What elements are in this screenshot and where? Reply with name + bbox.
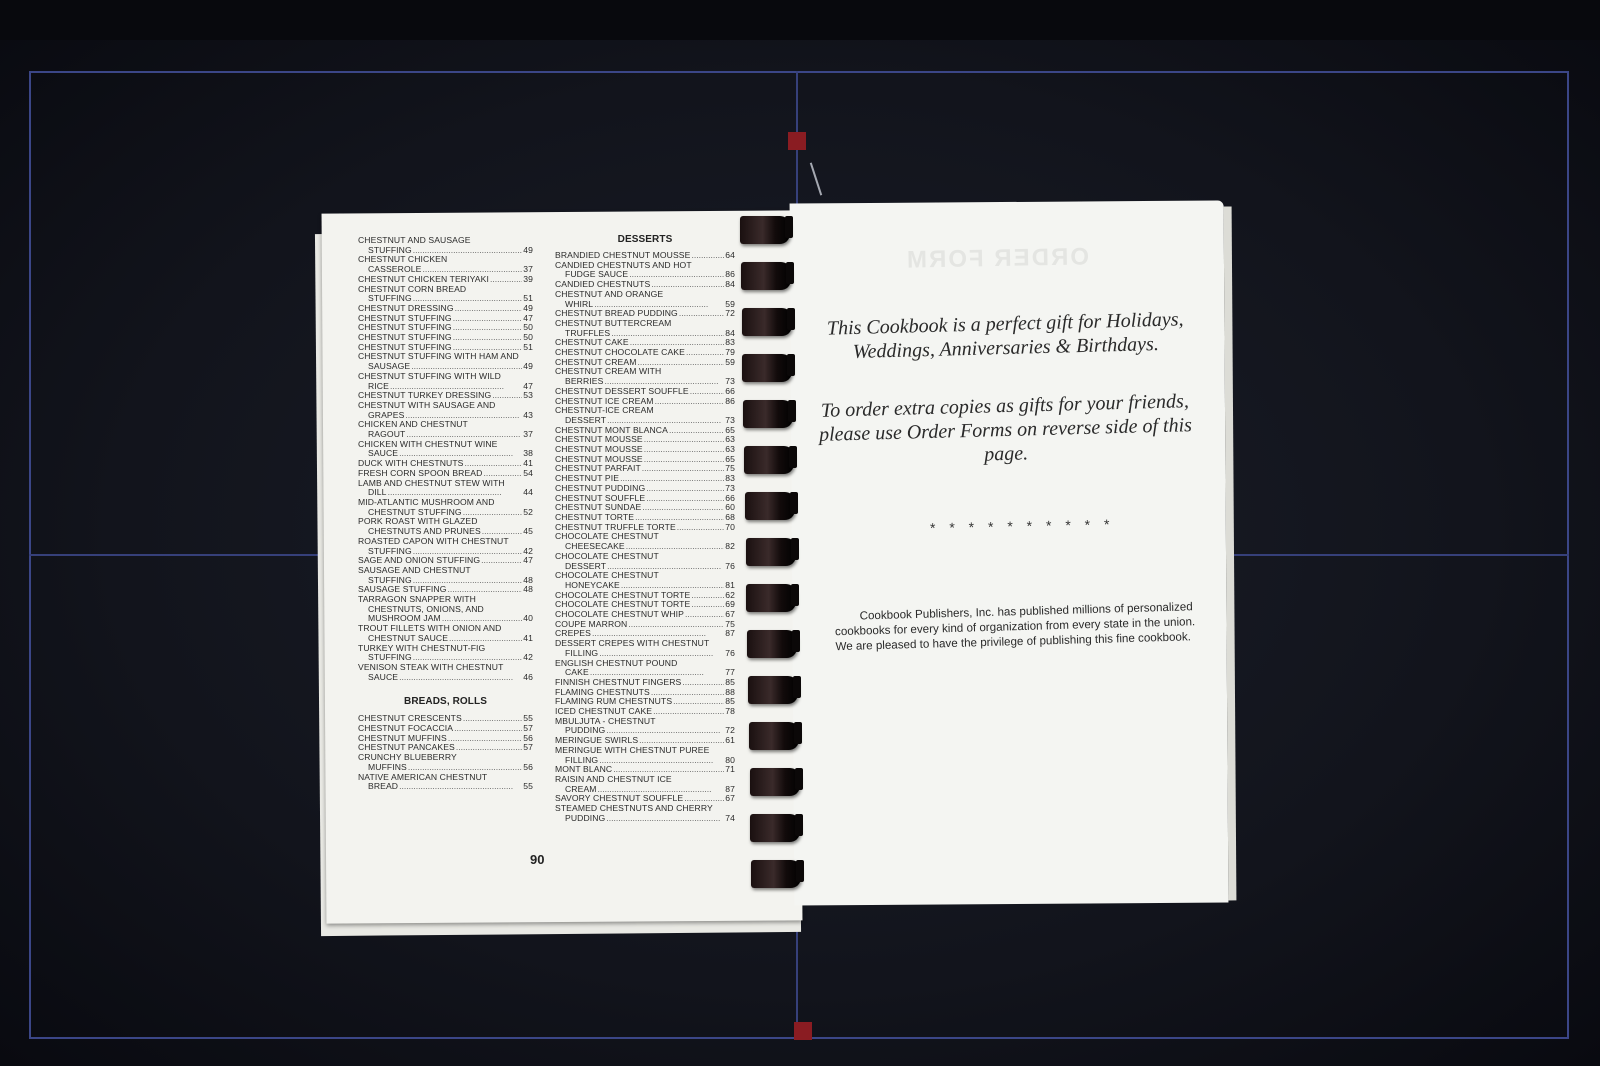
leader-dots [453,323,523,333]
leader-dots [682,678,724,688]
index-entry: VENISON STEAK WITH CHESTNUTSAUCE46 [358,663,533,682]
recipe-page-number: 71 [725,765,735,775]
index-entry: CHESTNUT CHICKENCASSEROLE37 [358,255,533,274]
index-entry: MBULJUTA - CHESTNUTPUDDING72 [555,717,735,736]
leader-dots [644,445,724,455]
order-message: To order extra copies as gifts for your … [817,389,1194,471]
recipe-page-number: 61 [725,736,735,746]
leader-dots [599,756,724,766]
index-entry: CHESTNUT STUFFING WITH WILDRICE47 [358,372,533,391]
leader-dots [691,591,724,601]
binding-ring [740,216,790,244]
index-entry: CHESTNUT AND SAUSAGESTUFFING49 [358,236,533,255]
index-entry: MERINGUE WITH CHESTNUT PUREEFILLING80 [555,746,735,765]
binding-ring [751,860,801,888]
recipe-page-number: 52 [523,508,533,518]
recipe-page-number: 76 [725,562,735,572]
index-entry: CANDIED CHESTNUTS AND HOTFUDGE SAUCE86 [555,261,735,280]
recipe-page-number: 49 [523,362,533,372]
recipe-page-number: 53 [523,391,533,401]
index-entry: LAMB AND CHESTNUT STEW WITHDILL44 [358,479,533,498]
recipe-page-number: 87 [725,629,735,639]
leader-dots [463,714,522,724]
leader-dots [453,314,523,324]
leader-dots [669,426,724,436]
recipe-title: PUDDING [565,814,605,824]
index-column-1: CHESTNUT AND SAUSAGESTUFFING49CHESTNUT C… [358,236,533,792]
index-entry: CHESTNUT STUFFING WITH HAM ANDSAUSAGE49 [358,352,533,371]
recipe-page-number: 84 [725,280,735,290]
index-entry: CHESTNUT WITH SAUSAGE ANDGRAPES43 [358,401,533,420]
index-entry: NATIVE AMERICAN CHESTNUTBREAD55 [358,773,533,792]
index-entry: RAISIN AND CHESTNUT ICECREAM87 [555,775,735,794]
binding-ring [746,538,796,566]
recipe-page-number: 59 [725,358,735,368]
index-entry: CHICKEN WITH CHESTNUT WINESAUCE38 [358,440,533,459]
leader-dots [490,275,522,285]
recipe-page-number: 72 [725,309,735,319]
binding-ring [741,262,791,290]
index-entry: CHESTNUT-ICE CREAMDESSERT73 [555,406,735,425]
recipe-page-number: 67 [725,794,735,804]
recipe-page-number: 51 [523,343,533,353]
main-dishes-index: CHESTNUT AND SAUSAGESTUFFING49CHESTNUT C… [358,236,533,682]
section-heading-breads: BREADS, ROLLS [358,696,533,708]
recipe-page-number: 70 [725,523,735,533]
leader-dots [455,304,523,314]
leader-dots [399,673,522,683]
bottom-registration-marker [794,1022,812,1040]
leader-dots [679,309,724,319]
index-entry: ENGLISH CHESTNUT POUNDCAKE77 [555,659,735,678]
index-entry: CHOCOLATE CHESTNUTHONEYCAKE81 [555,571,735,590]
recipe-page-number: 49 [523,246,533,256]
leader-dots [453,333,523,343]
recipe-title: SAUCE [368,673,398,683]
desserts-index: BRANDIED CHESTNUT MOUSSE64CANDIED CHESTN… [555,251,735,823]
recipe-page-number: 86 [725,397,735,407]
recipe-page-number: 64 [725,251,735,261]
recipe-page-number: 47 [523,556,533,566]
index-entry: CRUNCHY BLUEBERRYMUFFINS56 [358,753,533,772]
recipe-page-number: 48 [523,585,533,595]
index-entry: PORK ROAST WITH GLAZEDCHESTNUTS AND PRUN… [358,517,533,536]
index-entry: CHICKEN AND CHESTNUTRAGOUT37 [358,420,533,439]
leader-dots [644,455,724,465]
index-entry: DESSERT CREPES WITH CHESTNUTFILLING76 [555,639,735,658]
binding-ring [748,676,798,704]
recipe-page-number: 40 [523,614,533,624]
recipe-page-number: 44 [523,488,533,498]
recipe-page-number: 57 [523,743,533,753]
leader-dots [628,620,724,630]
recipe-page-number: 74 [725,814,735,824]
page-number: 90 [530,852,544,867]
index-entry: TURKEY WITH CHESTNUT-FIGSTUFFING42 [358,644,533,663]
leader-dots [653,707,724,717]
recipe-page-number: 37 [523,430,533,440]
recipe-page-number: 56 [523,763,533,773]
leader-dots [606,814,724,824]
index-entry: TARRAGON SNAPPER WITHCHESTNUTS, ONIONS, … [358,595,533,624]
leader-dots [492,391,522,401]
leader-dots [642,464,724,474]
spiral-binding [740,212,810,902]
recipe-page-number: 55 [523,782,533,792]
binding-ring [745,492,795,520]
binding-ring [742,308,792,336]
leader-dots [399,782,522,792]
index-entry: STEAMED CHESTNUTS AND CHERRYPUDDING74 [555,804,735,823]
leader-dots [685,610,724,620]
scanner-top-band [0,0,1600,40]
leader-dots [691,600,724,610]
index-entry: CHESTNUT CREAM WITHBERRIES73 [555,367,735,386]
leader-dots [456,743,522,753]
recipe-page-number: 54 [523,469,533,479]
index-entry: CHOCOLATE CHESTNUTDESSERT76 [555,552,735,571]
breads-index: CHESTNUT CRESCENTS55CHESTNUT FOCACCIA57C… [358,714,533,792]
index-column-2: DESSERTS BRANDIED CHESTNUT MOUSSE64CANDI… [555,236,735,823]
leader-dots [642,503,724,513]
index-entry: CHESTNUT CORN BREADSTUFFING51 [358,285,533,304]
leader-dots [655,397,725,407]
recipe-page-number: 43 [523,411,533,421]
recipe-title: BREAD [368,782,398,792]
recipe-page-number: 76 [725,649,735,659]
leader-dots [646,484,724,494]
index-entry: SAUSAGE AND CHESTNUTSTUFFING48 [358,566,533,585]
leader-dots [686,348,724,358]
index-entry: ROASTED CAPON WITH CHESTNUTSTUFFING42 [358,537,533,556]
top-registration-marker [788,132,806,150]
recipe-page-number: 39 [523,275,533,285]
leader-dots [646,494,724,504]
recipe-page-number: 46 [523,673,533,683]
recipe-page-number: 82 [725,542,735,552]
leader-dots [691,251,724,261]
binding-ring [746,584,796,612]
right-page [790,200,1229,905]
binding-ring [749,722,799,750]
show-through-text: ORDER FORM [905,243,1089,274]
index-entry: CHOCOLATE CHESTNUTCHEESECAKE82 [555,532,735,551]
binding-ring [742,354,792,382]
index-entry: TROUT FILLETS WITH ONION ANDCHESTNUT SAU… [358,624,533,643]
leader-dots [690,387,725,397]
index-entry: CHESTNUT AND ORANGEWHIRL59 [555,290,735,309]
binding-ring [744,446,794,474]
section-heading-desserts: DESSERTS [555,234,735,246]
leader-dots [677,523,724,533]
leader-dots [481,556,522,566]
index-entry: MID-ATLANTIC MUSHROOM ANDCHESTNUT STUFFI… [358,498,533,517]
binding-ring [747,630,797,658]
binding-ring [743,400,793,428]
leader-dots [454,724,522,734]
leader-dots [644,435,724,445]
index-entry: CHESTNUT BUTTERCREAMTRUFFLES84 [555,319,735,338]
binding-ring [750,768,800,796]
recipe-page-number: 78 [725,707,735,717]
leader-dots [448,734,522,744]
binding-ring [750,814,800,842]
recipe-page-number: 45 [523,527,533,537]
gift-message: This Cookbook is a perfect gift for Holi… [817,307,1193,365]
recipe-page-number: 42 [523,653,533,663]
leader-dots [673,697,724,707]
recipe-page-number: 41 [523,634,533,644]
